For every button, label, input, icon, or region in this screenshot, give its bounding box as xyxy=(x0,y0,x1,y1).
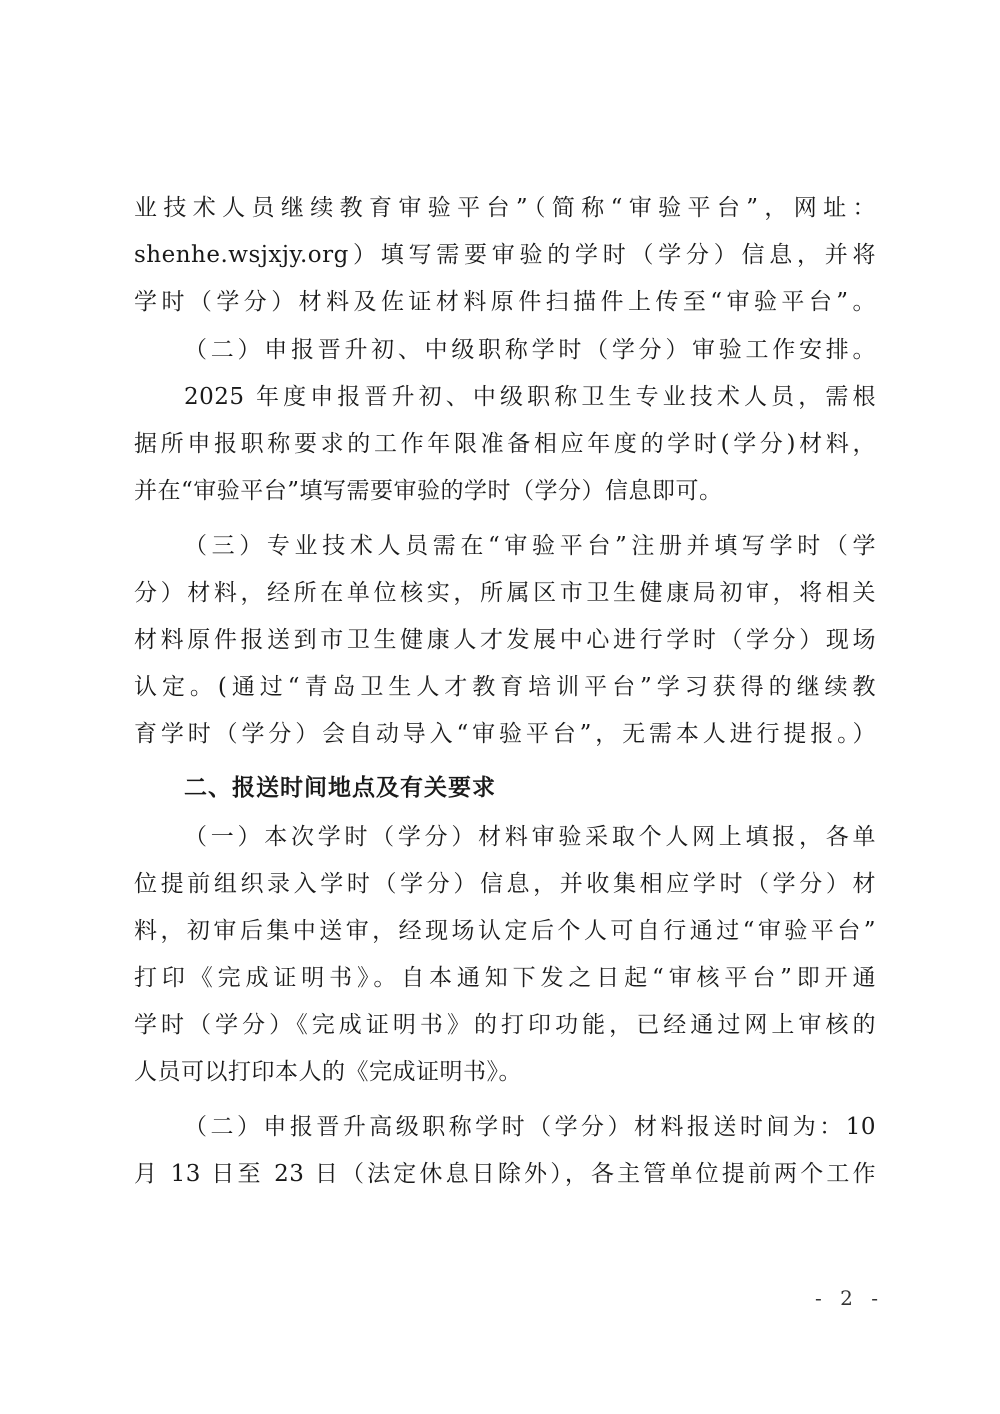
paragraph-line: 学时（学分）材料及佐证材料原件扫描件上传至“审验平台”。 xyxy=(134,287,876,317)
paragraph-line: 月 13 日至 23 日（法定休息日除外），各主管单位提前两个工作 xyxy=(134,1159,876,1189)
paragraph-line: （二）申报晋升高级职称学时（学分）材料报送时间为：10 xyxy=(184,1112,876,1142)
paragraph-line: 学时（学分）《完成证明书》的打印功能，已经通过网上审核的 xyxy=(134,1010,876,1040)
paragraph-line: 料，初审后集中送审，经现场认定后个人可自行通过“审验平台” xyxy=(134,916,876,946)
paragraph-line: 人员可以打印本人的《完成证明书》。 xyxy=(134,1057,876,1087)
paragraph-line: 打印《完成证明书》。自本通知下发之日起“审核平台”即开通 xyxy=(134,963,876,993)
paragraph-line: 2025 年度申报晋升初、中级职称卫生专业技术人员，需根 xyxy=(184,382,876,412)
section-heading: 二、报送时间地点及有关要求 xyxy=(184,773,876,803)
paragraph-line: 据所申报职称要求的工作年限准备相应年度的学时(学分)材料， xyxy=(134,429,876,459)
page-number: - 2 - xyxy=(815,1286,884,1310)
paragraph-line: 育学时（学分）会自动导入“审验平台”，无需本人进行提报。） xyxy=(134,719,876,749)
paragraph-line: shenhe.wsjxjy.org）填写需要审验的学时（学分）信息，并将 xyxy=(134,240,876,270)
paragraph-line: 分）材料，经所在单位核实，所属区市卫生健康局初审，将相关 xyxy=(134,578,876,608)
section-subtitle: （二）申报晋升初、中级职称学时（学分）审验工作安排。 xyxy=(184,335,876,365)
paragraph-line: 认定。(通过“青岛卫生人才教育培训平台”学习获得的继续教 xyxy=(134,672,876,702)
paragraph-line: 材料原件报送到市卫生健康人才发展中心进行学时（学分）现场 xyxy=(134,625,876,655)
paragraph-line: （一）本次学时（学分）材料审验采取个人网上填报，各单 xyxy=(184,822,876,852)
paragraph-line: 位提前组织录入学时（学分）信息，并收集相应学时（学分）材 xyxy=(134,869,876,899)
paragraph-line: （三）专业技术人员需在“审验平台”注册并填写学时（学 xyxy=(184,531,876,561)
paragraph-line: 并在“审验平台”填写需要审验的学时（学分）信息即可。 xyxy=(134,476,876,506)
paragraph-line: 业技术人员继续教育审验平台”（简称“审验平台”，网址： xyxy=(134,193,876,223)
document-page: 业技术人员继续教育审验平台”（简称“审验平台”，网址： shenhe.wsjxj… xyxy=(0,0,1000,1414)
